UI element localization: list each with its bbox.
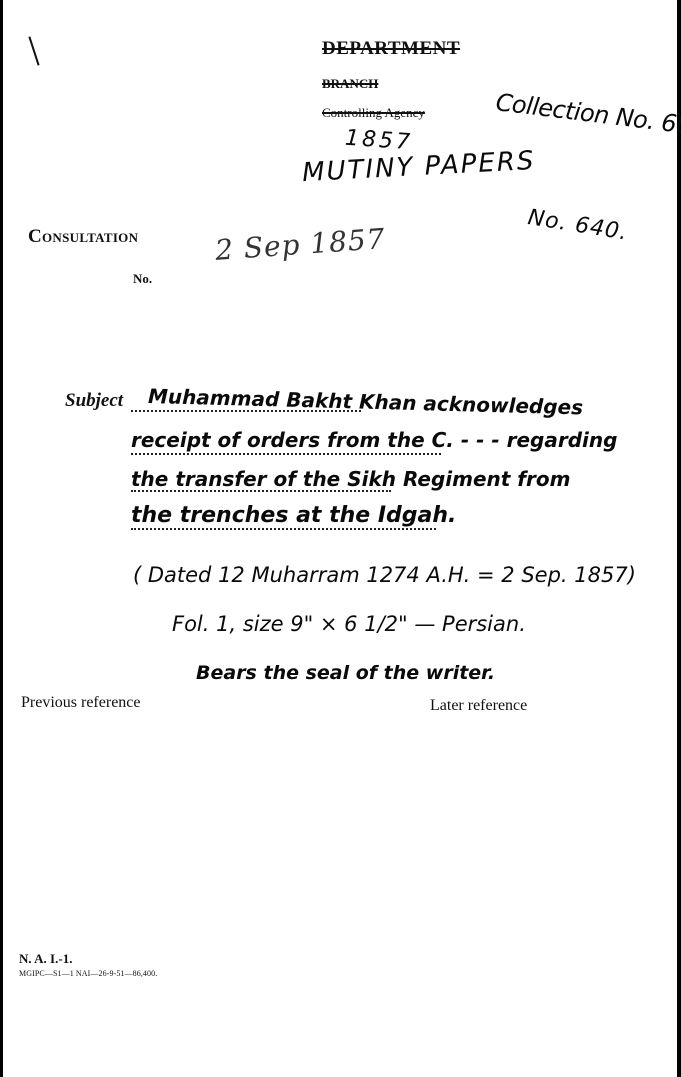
year-note: 1857 bbox=[344, 126, 414, 156]
subject-line: the transfer of the Sikh Regiment from bbox=[131, 467, 570, 491]
dated-note: ( Dated 12 Muharram 1274 A.H. = 2 Sep. 1… bbox=[133, 563, 636, 587]
previous-reference-label: Previous reference bbox=[21, 694, 141, 712]
subject-label: Subject bbox=[65, 390, 123, 412]
consultation-label: Consultation bbox=[28, 226, 138, 248]
consultation-date: 2 Sep 1857 bbox=[214, 222, 386, 267]
subject-line: Muhammad Bakht Khan acknowledges bbox=[148, 384, 584, 419]
subject-line: receipt of orders from the C. - - - rega… bbox=[131, 428, 617, 452]
series-note: MUTINY PAPERS bbox=[301, 146, 536, 188]
seal-note: Bears the seal of the writer. bbox=[196, 662, 495, 684]
scan-border-right bbox=[677, 0, 681, 1077]
department-label: DEPARTMENT bbox=[322, 38, 460, 60]
document-number: No. 640. bbox=[526, 205, 630, 245]
subject-dotted-line bbox=[131, 528, 436, 530]
collection-number-note: Collection No. 60. bbox=[494, 88, 681, 141]
scan-border-left bbox=[0, 0, 3, 1077]
form-code: N. A. I.-1. bbox=[19, 951, 72, 967]
branch-label: BRANCH bbox=[322, 76, 378, 92]
subject-line: the trenches at the Idgah. bbox=[131, 503, 456, 528]
folio-note: Fol. 1, size 9" × 6 1/2" — Persian. bbox=[172, 612, 526, 636]
margin-pencil-mark bbox=[28, 36, 39, 65]
controlling-agency-label: Controlling Agency bbox=[322, 105, 425, 121]
subject-dotted-line bbox=[131, 453, 441, 455]
printer-line: MGIPC—S1—1 NAI—26-9-51—86,400. bbox=[19, 969, 157, 978]
later-reference-label: Later reference bbox=[430, 697, 527, 715]
consultation-no-label: No. bbox=[133, 271, 152, 287]
